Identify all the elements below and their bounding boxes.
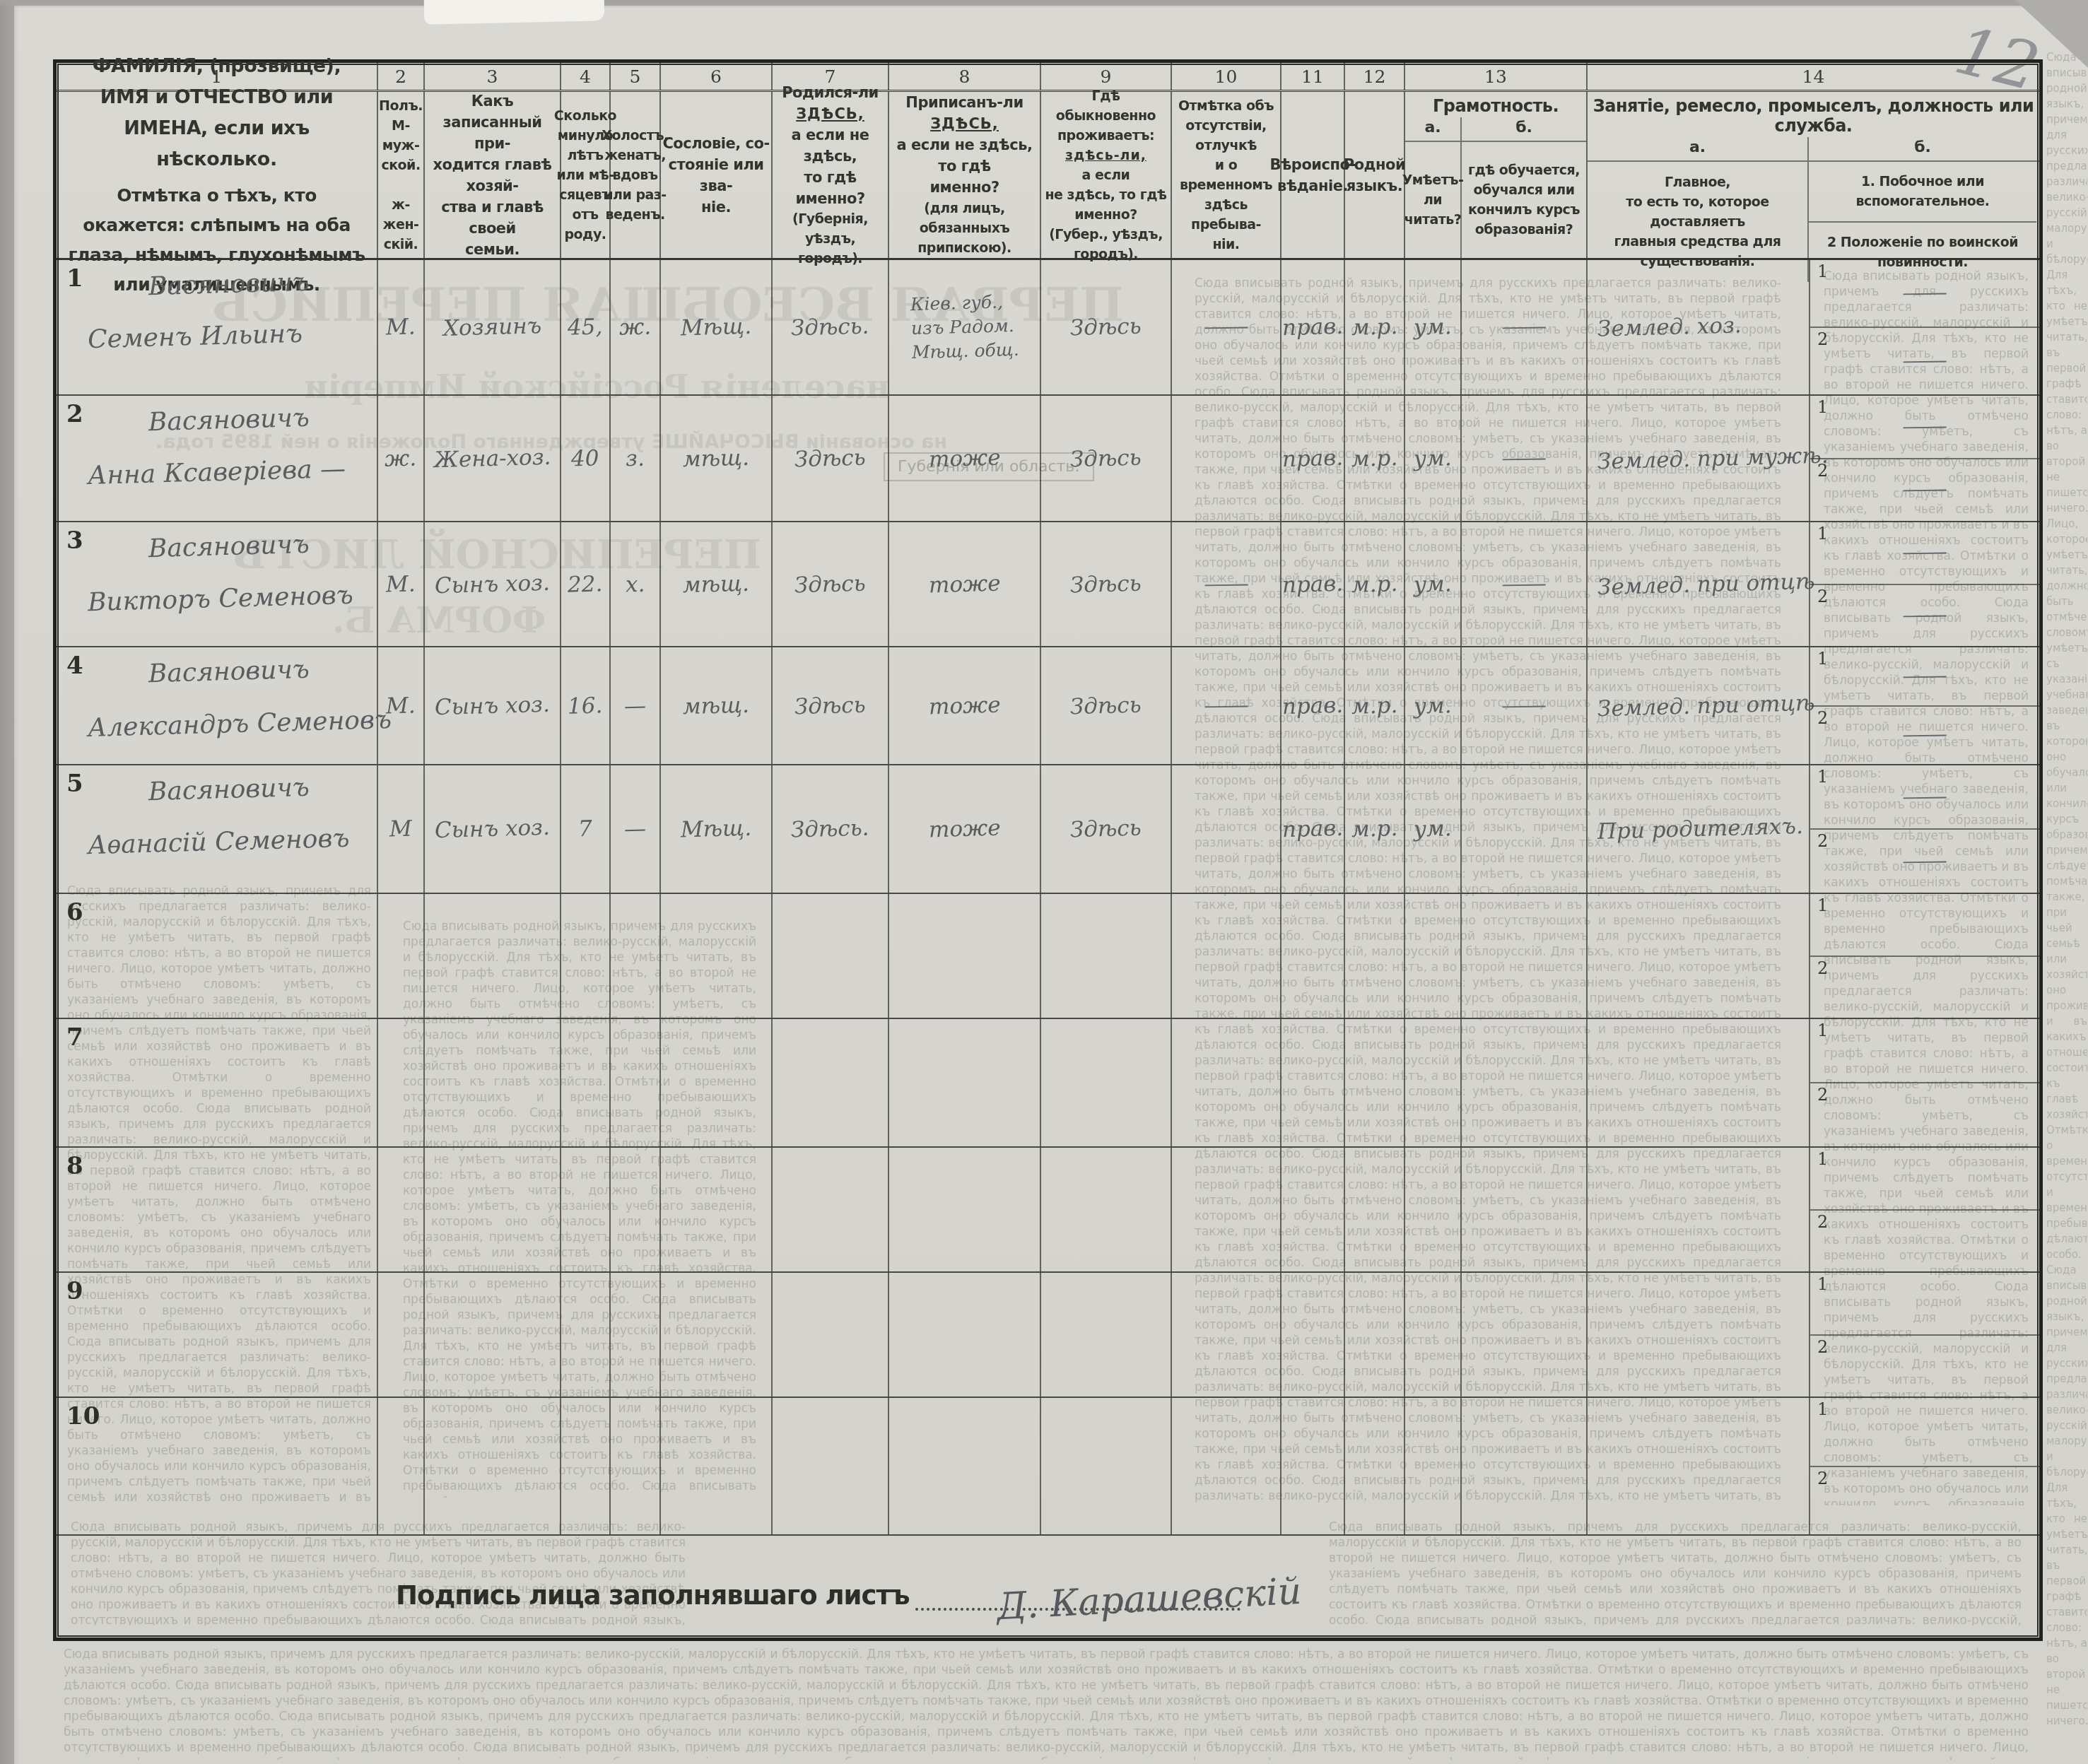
surname-handwriting: Васяновичъ [148,773,310,806]
person-row-empty: 8 1 2 [57,1148,2039,1273]
cell-name: 2 Васяновичъ Анна Ксаверіева — [57,396,378,521]
military-entry: — [1900,850,1949,872]
side-occupation-entry: — [1900,416,1949,437]
occupation-entry: Землед. при мужѣ. [1597,442,1829,474]
sub-number-2: 2 [1817,1085,1828,1105]
religion-entry: прав. [1281,816,1343,842]
sub-number-1: 1 [1817,649,1828,669]
sub-number-2: 2 [1817,958,1828,978]
registered-entry: тоже [928,816,1001,843]
person-row-empty: 9 1 2 [57,1273,2039,1398]
literacy-entry: ум. [1414,693,1453,719]
sub-number-1: 1 [1817,1149,1828,1169]
col-number-2: 2 [378,63,425,90]
sub-number-1: 1 [1817,1399,1828,1419]
sub-number-1: 1 [1817,524,1828,543]
census-table: 1 2 3 4 5 6 7 8 9 10 11 12 13 14 ФАМИЛІЯ… [53,59,2043,1641]
relation-entry: Сынъ хоз. [435,570,551,599]
header-born: Родился-ли ЗДѢСЬ, а если не здѣсь, то гд… [773,92,889,258]
education-entry: — [1499,317,1549,339]
marital-entry: ж. [618,314,651,340]
header-literacy-a: Умѣетъ- ли читать? [1402,170,1464,230]
header-literacy-b-label: б. [1462,117,1586,141]
estate-entry: мѣщ. [683,570,750,598]
givenname-handwriting: Анна Ксаверіева — [87,454,346,490]
sub-number-2: 2 [1817,587,1828,606]
sex-entry: М. [386,693,416,719]
age-entry: 40 [571,445,599,471]
header-literacy-b: гдѣ обучается, обучался или кончилъ курс… [1468,160,1580,240]
military-entry: — [1900,479,1949,501]
estate-entry: Мѣщ. [681,314,752,341]
cell-name: 5 Васяновичъ Аѳанасій Семеновъ [57,765,378,893]
resides-entry: Здѣсь [1070,445,1142,472]
sub-number-2: 2 [1817,708,1828,728]
header-marital: Холостъ, женатъ, вдовъ или раз- веденъ. [611,92,661,258]
header-occupation-a-label: а. [1588,137,1809,160]
occupation-entry: При родителяхъ. [1597,813,1804,845]
sub-number-1: 1 [1817,261,1828,281]
sex-entry: М. [386,314,416,340]
sub-number-2: 2 [1817,1212,1828,1232]
cell-name: 4 Васяновичъ Александръ Семеновъ [57,647,378,764]
person-row-empty: 6 1 2 [57,894,2039,1019]
header-literacy-a-label: а. [1405,117,1462,141]
surname-handwriting: Васяновичъ [148,655,310,688]
col-number-12: 12 [1345,63,1405,90]
header-language: Родной языкъ. [1345,92,1405,258]
sex-entry: М [389,816,413,842]
registered-entry: тоже [928,445,1001,472]
registered-entry: Кіев. губ., изъ Радом. Мѣщ. общ. [910,290,1019,365]
header-estate: Сословіе, со- стояніе или зва- ніе. [661,92,773,258]
relation-entry: Жена-хоз. [433,444,551,473]
census-form-scan: ПЕРВАЯ ВСЕОБЩАЯ ПЕРЕПИСЬ населенія Россі… [0,0,2088,1764]
born-entry: Здѣсь [794,570,867,598]
born-entry: Здѣсь [794,692,867,719]
military-entry: — [1900,724,1949,746]
language-entry: м.р. [1351,693,1397,719]
row-number: 10 [66,1402,100,1430]
literacy-entry: ум. [1414,571,1453,597]
side-occupation-entry: — [1900,542,1949,564]
header-resides: Гдѣ обыкновенно проживаетъ: здѣсь-ли, а … [1041,92,1172,258]
col-number-4: 4 [561,63,611,90]
surname-handwriting: Васяновичъ [148,268,310,301]
row-number: 9 [66,1277,83,1305]
education-entry: — [1499,447,1549,469]
torn-paper-patch [424,0,605,25]
estate-entry: Мѣщ. [681,816,752,843]
sub-number-2: 2 [1817,1337,1828,1357]
resides-entry: Здѣсь [1070,816,1142,843]
resides-entry: Здѣсь [1070,314,1142,341]
row-number: 6 [66,898,83,927]
literacy-entry: ум. [1414,445,1453,471]
religion-entry: прав. [1281,445,1343,471]
religion-entry: прав. [1281,570,1343,597]
adjacent-page-text-strip: Сюда вписывать родной языкъ, причемъ для… [2046,49,2087,1731]
header-name: ФАМИЛІЯ, (прозвище), ИМЯ и ОТЧЕСТВО или … [57,92,378,258]
cell-name: 1 Васяновичъ Семенъ Ильинъ [57,260,378,394]
row-number: 3 [66,527,83,555]
header-literacy: Грамотность. а. б. Умѣетъ- ли читать? гд… [1405,92,1588,258]
col-number-3: 3 [425,63,561,90]
education-entry: — [1499,695,1549,717]
person-row-empty: 10 1 2 [57,1398,2039,1536]
side-occupation-entry: — [1900,786,1949,808]
sub-number-1: 1 [1817,397,1828,417]
marital-entry: х. [625,571,645,597]
sub-number-1: 1 [1817,767,1828,787]
relation-entry: Сынъ хоз. [435,815,551,844]
registered-entry: тоже [928,692,1001,719]
header-row: ФАМИЛІЯ, (прозвище), ИМЯ и ОТЧЕСТВО или … [57,92,2039,260]
person-row: 5 Васяновичъ Аѳанасій Семеновъ М Сынъ хо… [57,765,2039,894]
surname-handwriting: Васяновичъ [148,530,310,563]
side-occupation-entry: — [1900,665,1949,687]
language-entry: м.р. [1351,445,1397,472]
relation-entry: Сынъ хоз. [435,691,551,720]
col-number-11: 11 [1281,63,1345,90]
givenname-handwriting: Александръ Семеновъ [88,705,392,743]
row-number: 7 [66,1023,83,1052]
military-entry: — [1900,604,1949,626]
sub-number-1: 1 [1817,1021,1828,1040]
header-occupation: Занятіе, ремесло, промыселъ, должность и… [1588,92,2039,258]
person-row: 3 Васяновичъ Викторъ Семеновъ М. Сынъ хо… [57,522,2039,647]
scan-edge-top [0,0,2088,8]
resides-entry: Здѣсь [1070,692,1142,719]
sub-number-1: 1 [1817,1274,1828,1294]
occupation-entry: Землед. хоз. [1597,312,1742,342]
surname-handwriting: Васяновичъ [148,404,310,437]
resides-entry: Здѣсь [1070,570,1142,598]
row-number: 4 [66,652,83,680]
side-occupation-entry: — [1900,283,1949,305]
born-entry: Здѣсь. [791,313,869,341]
header-absence: Отмѣтка объ отсутствіи, отлучкѣ и о врем… [1172,92,1281,258]
header-religion: Вѣроиспо- вѣданіе. [1281,92,1345,258]
born-entry: Здѣсь. [791,815,869,842]
table-footer: Подпись лица заполнявшаго листъ Д. Караш… [57,1536,2039,1650]
born-entry: Здѣсь [794,445,867,472]
col-number-6: 6 [661,63,773,90]
age-entry: 22. [568,571,603,597]
religion-entry: прав. [1281,692,1343,719]
cell-name: 3 Васяновичъ Викторъ Семеновъ [57,522,378,646]
givenname-handwriting: Аѳанасій Семеновъ [87,824,349,860]
signature-label: Подпись лица заполнявшаго листъ [396,1580,910,1611]
sub-number-2: 2 [1817,329,1828,349]
age-entry: 16. [568,693,603,719]
col-number-13: 13 [1405,63,1588,90]
language-entry: м.р. [1351,816,1397,842]
sub-number-2: 2 [1817,831,1828,851]
age-entry: 7 [578,816,593,842]
row-number: 1 [66,264,83,293]
person-row: 1 Васяновичъ Семенъ Ильинъ М. Хозяинъ 45… [57,260,2039,396]
language-entry: м.р. [1351,314,1397,341]
age-entry: 45, [568,314,603,340]
row-number: 2 [66,400,83,428]
sub-number-1: 1 [1817,895,1828,915]
absence-entry: — [1201,573,1250,595]
header-occupation-b-label: б. [1809,137,2036,160]
scan-edge-left [0,0,18,1764]
marital-entry: — [624,693,647,719]
sub-number-2: 2 [1817,461,1828,481]
col-number-10: 10 [1172,63,1281,90]
literacy-entry: ум. [1414,816,1453,842]
absence-entry: — [1201,317,1250,339]
estate-entry: мѣщ. [683,445,750,472]
header-name-line1: ФАМИЛІЯ, (прозвище), ИМЯ и ОТЧЕСТВО или … [57,51,377,175]
person-row: 2 Васяновичъ Анна Ксаверіева — ж. Жена-х… [57,396,2039,522]
row-number: 8 [66,1152,83,1180]
education-entry: — [1499,573,1549,595]
religion-entry: прав. [1281,314,1343,341]
marital-entry: з. [626,445,645,471]
marital-entry: — [624,816,647,842]
col-number-5: 5 [611,63,661,90]
givenname-handwriting: Семенъ Ильинъ [87,319,303,354]
language-entry: м.р. [1351,571,1397,598]
relation-entry: Хозяинъ [442,313,541,341]
occupation-entry: Землед. при отцѣ [1597,568,1815,600]
registered-entry: тоже [928,570,1001,598]
row-number: 5 [66,770,83,798]
col-number-14: 14 [1588,63,2039,90]
header-occupation-a: Главное, то есть то, которое доставляетъ… [1588,172,1807,271]
sub-number-2: 2 [1817,1469,1828,1488]
sex-entry: М. [386,571,416,597]
military-entry: — [1900,351,1949,372]
header-registered: Приписанъ-ли ЗДѢСЬ, а если не здѣсь, то … [889,92,1041,258]
literacy-entry: ум. [1414,314,1453,340]
occupation-entry: Землед. при отцѣ [1597,690,1815,722]
person-row: 4 Васяновичъ Александръ Семеновъ М. Сынъ… [57,647,2039,765]
header-occupation-b1: 1. Побочное или вспомогательное. [1809,162,2036,223]
person-row-empty: 7 1 2 [57,1019,2039,1148]
bleedthrough-paragraphs-bottom: Сюда вписывать родной языкъ, причемъ для… [64,1647,2029,1760]
sex-entry: ж. [385,445,417,471]
header-relation: Какъ записанный при- ходится главѣ хозяй… [425,92,561,258]
header-sex: Полъ. М-муж- ской. ж-жен- скій. [378,92,425,258]
absence-entry: — [1201,695,1250,717]
givenname-handwriting: Викторъ Семеновъ [88,581,354,617]
estate-entry: мѣщ. [683,692,750,719]
col-number-8: 8 [889,63,1041,90]
